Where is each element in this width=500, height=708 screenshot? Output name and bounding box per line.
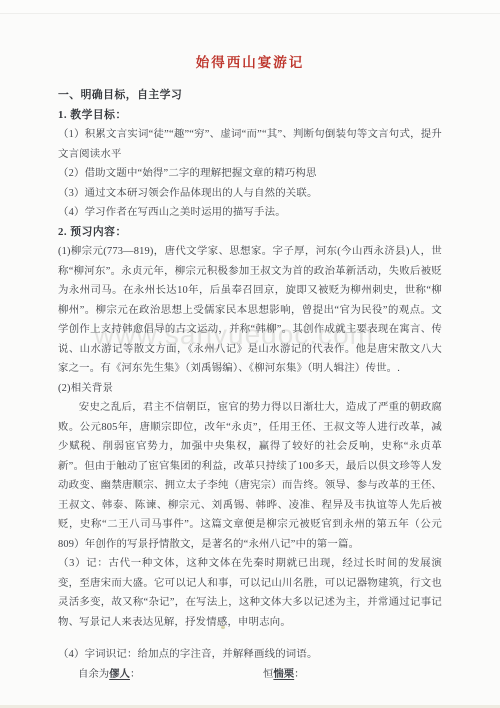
vocab-item-left: 自余为僇人： xyxy=(78,665,263,685)
goal-item-1: （1）积累文言实词“徒”“趣”“穷”、虚词“而”“其”、判断句倒装句等文言句式，… xyxy=(58,125,442,164)
author-intro-paragraph: (1)柳宗元(773—819)，唐代文学家、思想家。字子厚，河东(今山西永济县)… xyxy=(58,242,442,379)
vocab-right-term-underlined: 惴栗 xyxy=(273,669,294,680)
background-label: (2)相关背景 xyxy=(58,379,442,399)
genre-note-paragraph: （3）记：古代一种文体，这种文体在先秦时期就已出现，经过长时间的发展演变，至唐宋… xyxy=(58,554,442,632)
stray-highlight-dot xyxy=(221,626,225,629)
vocab-exercise-heading: （4）字词识记：给加点的字注音，并解释画线的词语。 xyxy=(58,645,442,665)
document-page: www.sanyuedoc.com 始得西山宴游记 一、明确目标，自主学习 1.… xyxy=(0,0,500,708)
teaching-goals-heading: 1. 教学目标： xyxy=(58,106,442,126)
vocab-left-colon: ： xyxy=(130,669,140,680)
goal-item-4: （4）学习作者在写西山之美时运用的描写手法。 xyxy=(58,203,442,223)
page-title: 始得西山宴游记 xyxy=(58,54,442,72)
background-paragraph: 安史之乱后，君主不信朝臣，宦官的势力得以日渐壮大，造成了严重的朝政腐败。公元80… xyxy=(58,398,442,554)
vocab-item-right: 恒惴栗： xyxy=(263,665,305,685)
vocab-right-prefix: 恒 xyxy=(263,669,273,680)
document-content: 始得西山宴游记 一、明确目标，自主学习 1. 教学目标： （1）积累文言实词“徒… xyxy=(58,54,442,684)
vocab-right-colon: ： xyxy=(294,669,304,680)
vocab-left-term-underlined: 僇人 xyxy=(109,669,130,680)
goal-item-2: （2）借助文题中“始得”二字的理解把握文章的精巧构思 xyxy=(58,164,442,184)
goal-item-3: （3）通过文本研习领会作品体现出的人与自然的关联。 xyxy=(58,184,442,204)
preview-content-heading: 2. 预习内容： xyxy=(58,223,442,243)
section-heading: 一、明确目标，自主学习 xyxy=(58,86,442,106)
vocab-left-prefix: 自余为 xyxy=(78,669,109,680)
vocab-exercise-row: 自余为僇人： 恒惴栗： xyxy=(58,665,442,685)
page-top-edge xyxy=(0,0,500,14)
